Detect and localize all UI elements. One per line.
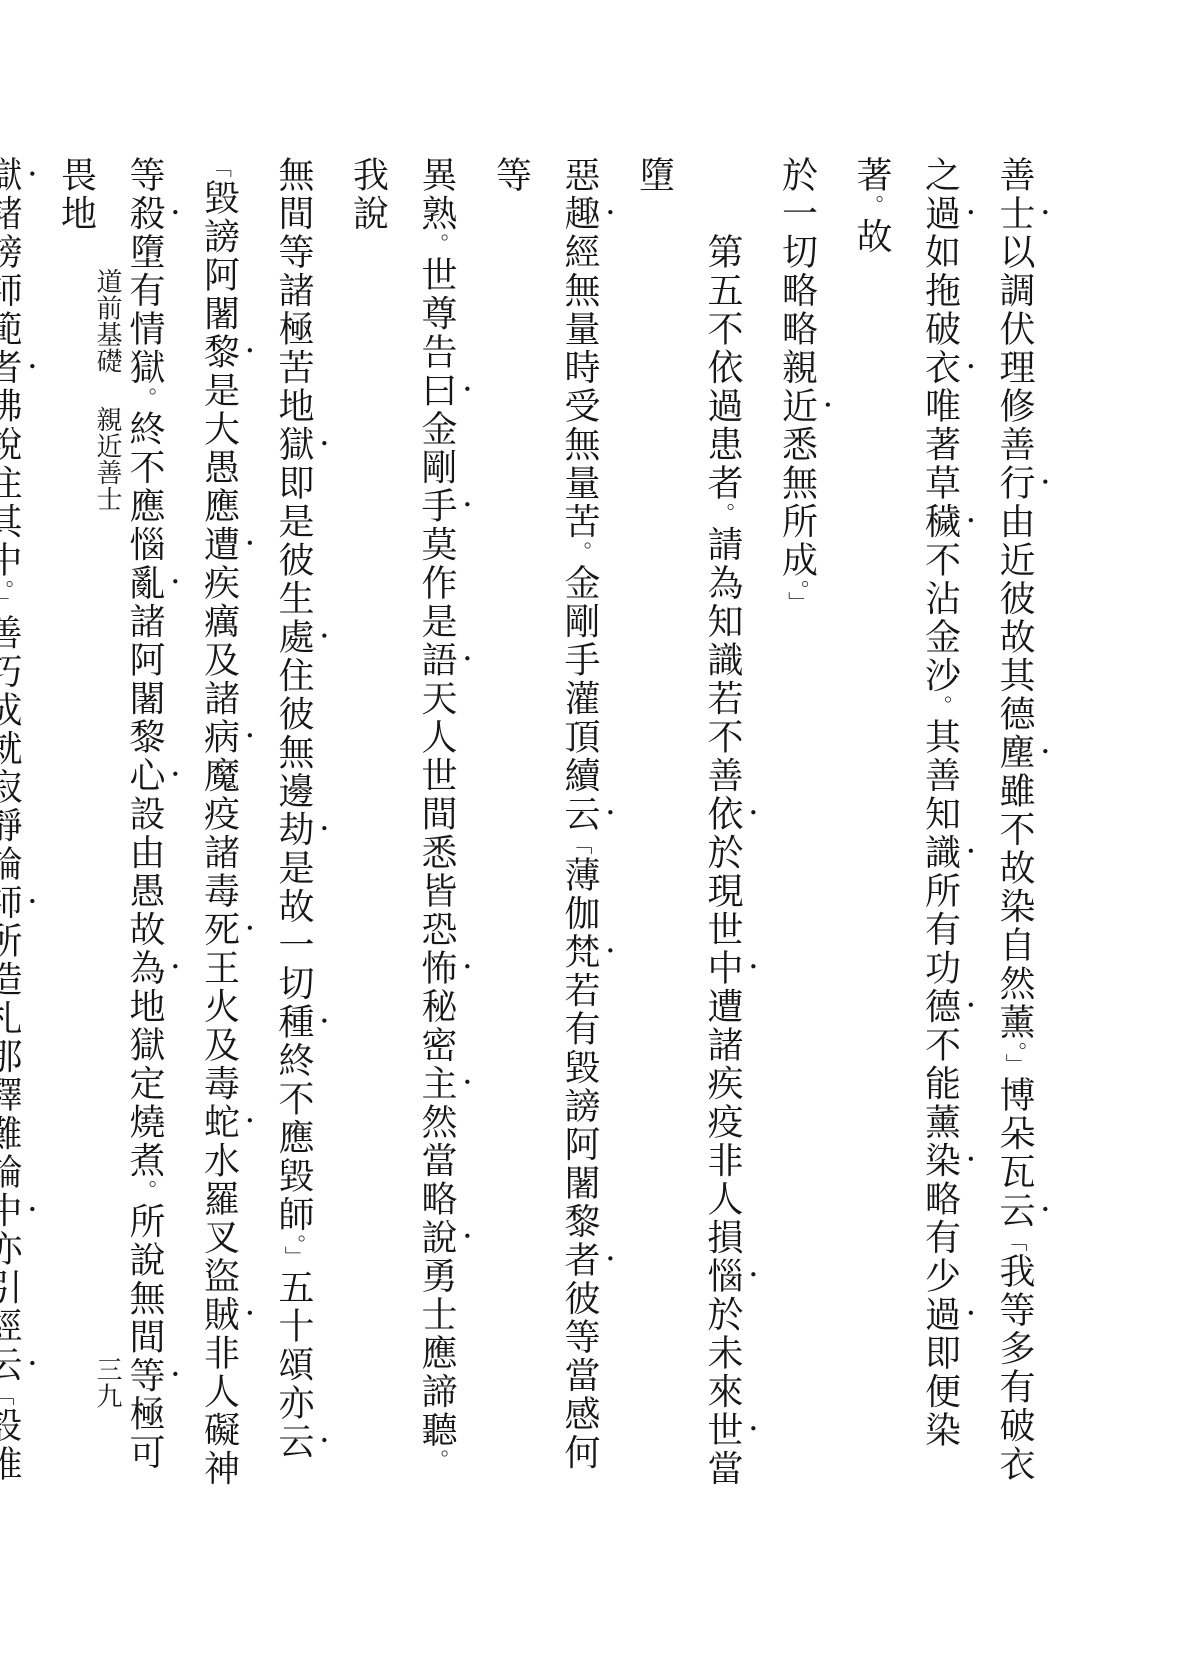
text-column: 惡趣經無量時受無量苦。金剛手灌頂續云「薄伽梵若有毀謗阿闍黎者彼等當感何等 (477, 156, 620, 1508)
text-column: 善士以調伏理修善行由近彼故其德塵雖不故染自然薰。」博朵瓦云「我等多有破衣 (981, 156, 1056, 1508)
text-column: 「毀謗阿闍黎是大愚應遭疾癘及諸病魔疫諸毒死王火及毒蛇水羅叉盜賊非人礙神 (185, 156, 260, 1508)
text-column: 第五不依過患者。請為知識若不善依於現世中遭諸疾疫非人損惱於未來世當墮 (620, 156, 763, 1508)
text-column: 等殺墮有情獄。終不應惱亂諸阿闍黎心設由愚故為地獄定燒煮。所說無間等極可畏地 (42, 156, 185, 1508)
text-column: 之過如拖破衣唯著草穢不沾金沙。其善知識所有功德不能薰染略有少過即便染著。故 (838, 156, 981, 1508)
text-column: 於一切略略親近悉無所成。」 (763, 156, 838, 1508)
page: 道前基礎 親近善士 三九 善士以調伏理修善行由近彼故其德塵雖不故染自然薰。」博朵… (0, 0, 1181, 1653)
text-column: 獄諸謗師範者佛說住其中。」善巧成就寂靜論師所造札那釋難論中亦引經云「設唯 (0, 156, 42, 1508)
text-column: 無間等諸極苦地獄即是彼生處住彼無邊劫是故一切種終不應毀師。」五十頌亦云 (260, 156, 335, 1508)
text-column: 異熟。世尊告曰金剛手莫作是語天人世間悉皆恐怖秘密主然當略說勇士應諦聽。我說 (334, 156, 477, 1508)
text-columns: 善士以調伏理修善行由近彼故其德塵雖不故染自然薰。」博朵瓦云「我等多有破衣之過如拖… (0, 156, 1055, 1508)
